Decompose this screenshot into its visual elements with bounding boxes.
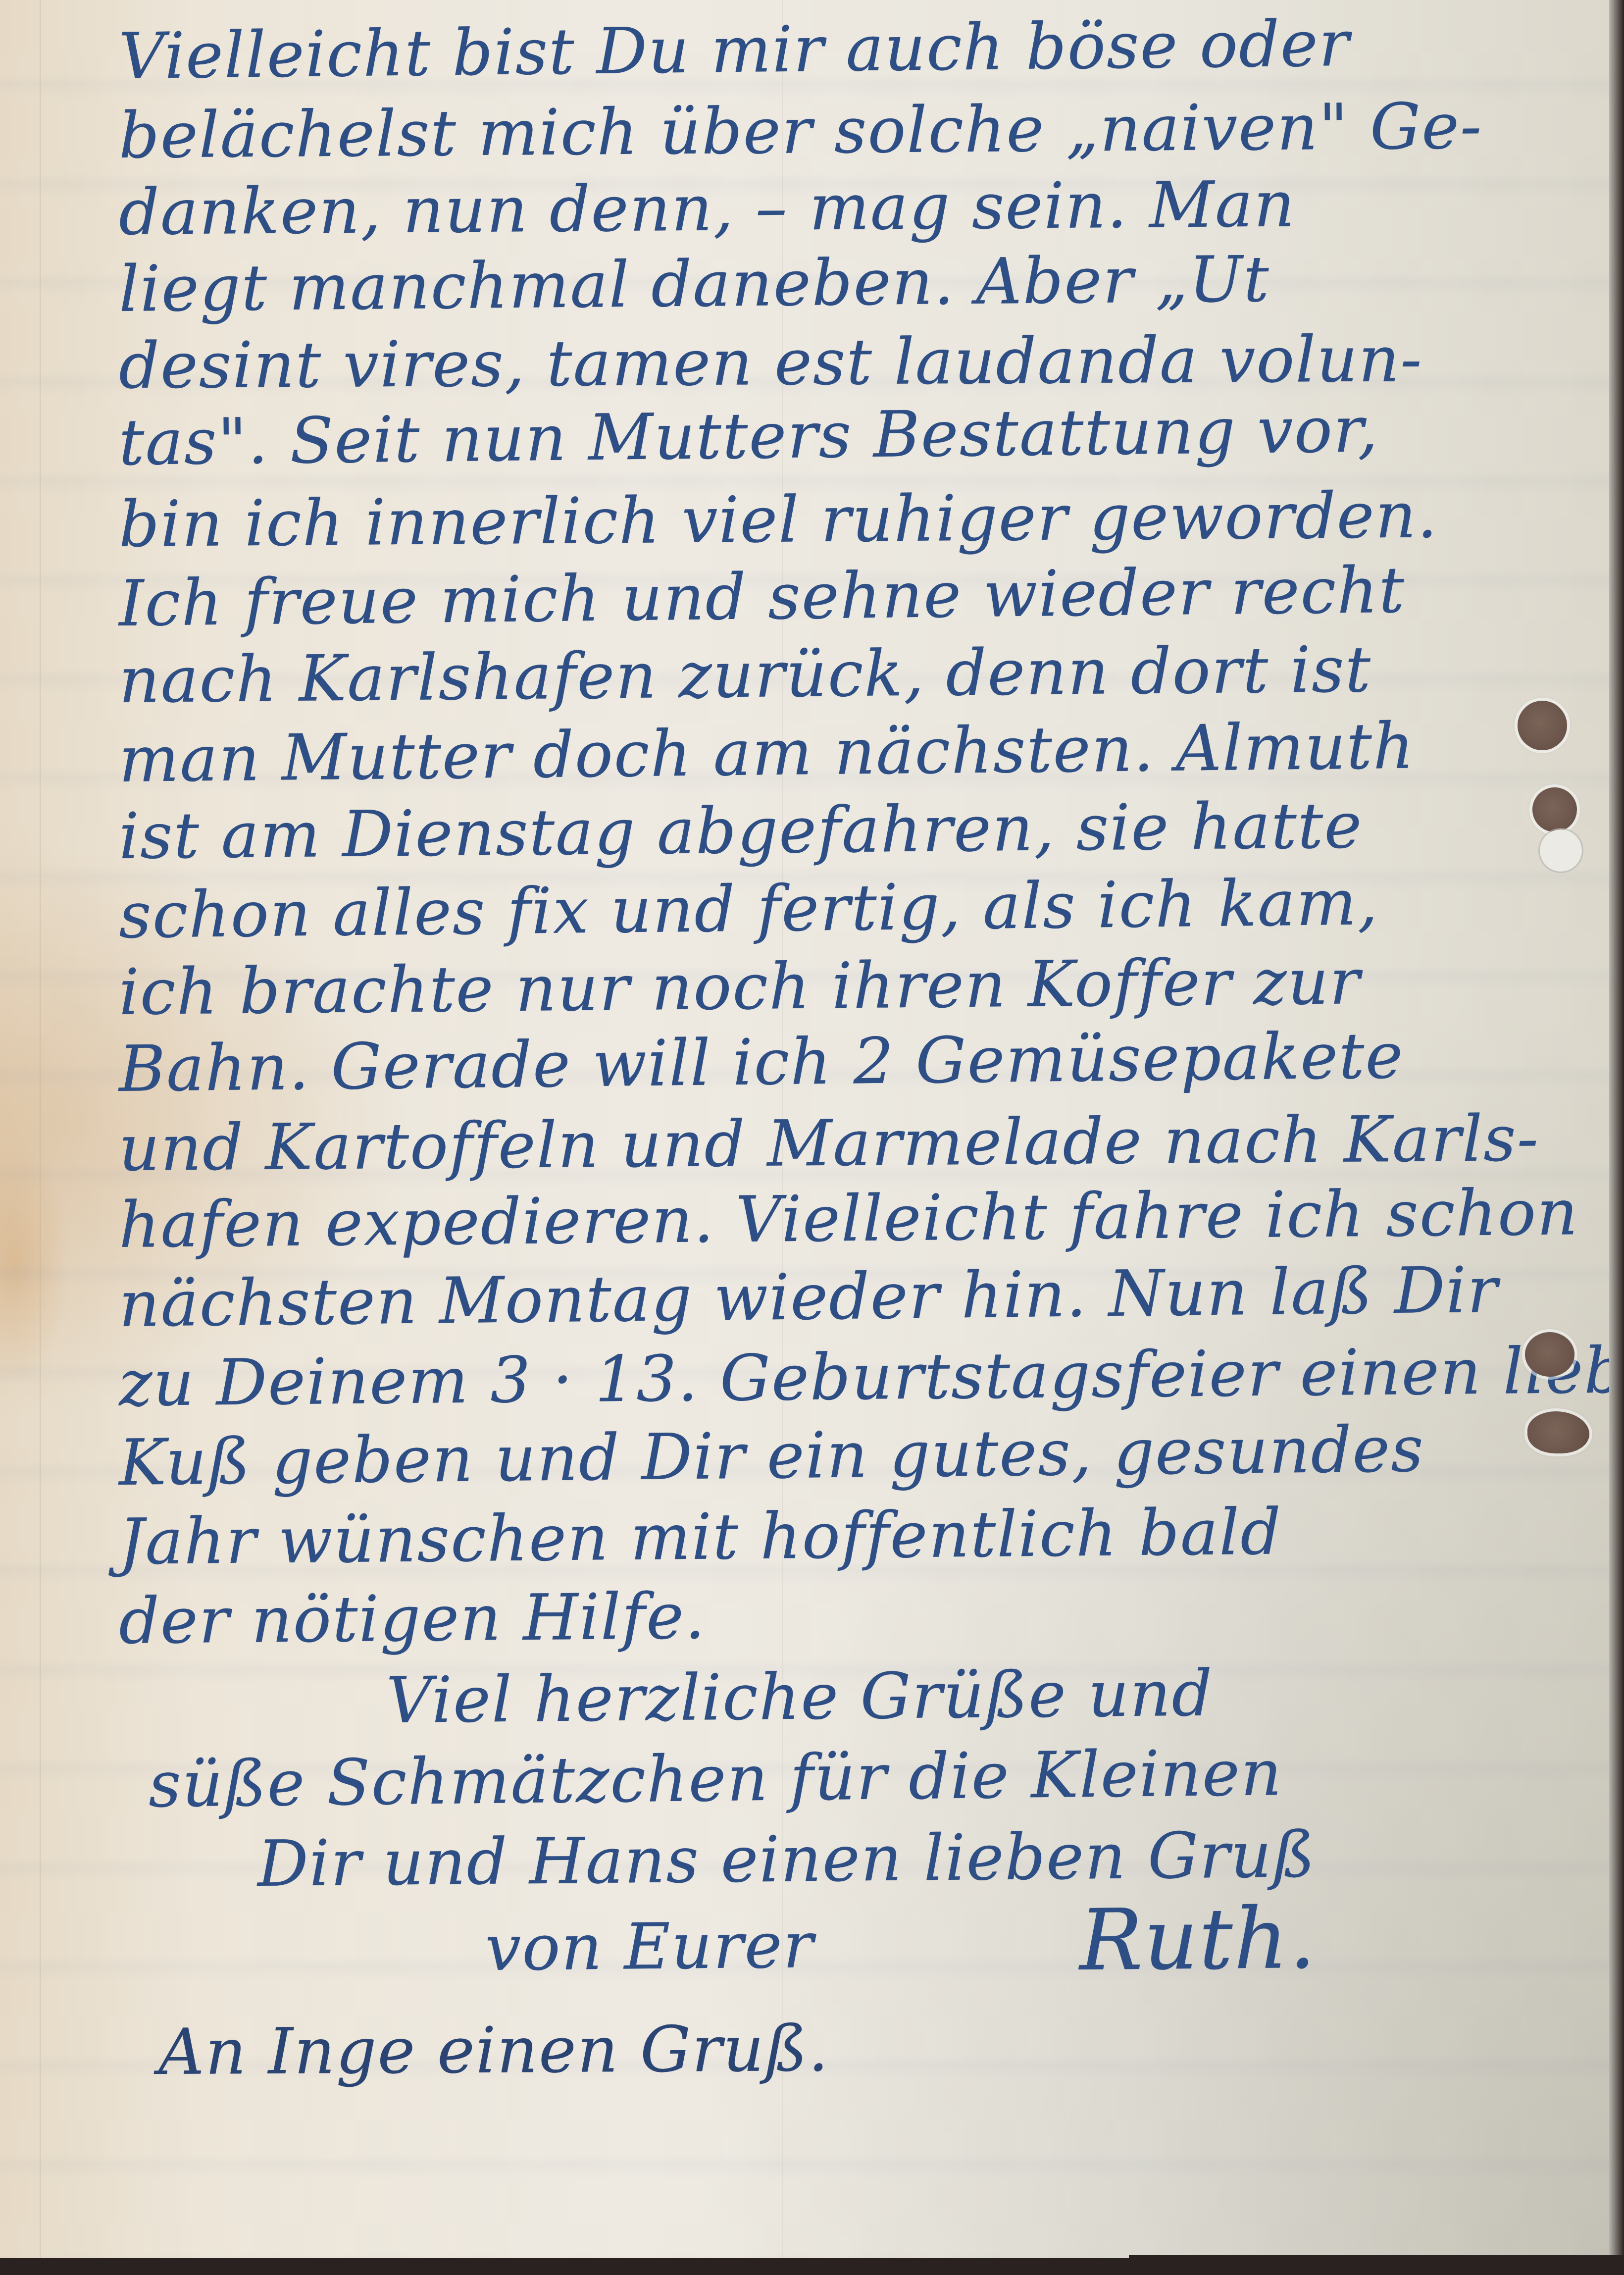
- postscript: An Inge einen Gruß.: [158, 2012, 830, 2089]
- letter-line: ich brachte nur noch ihren Koffer zur: [118, 945, 1361, 1030]
- letter-paper: Vielleicht bist Du mir auch böse oder be…: [0, 0, 1609, 2258]
- closing-line: Viel herzliche Grüße und: [386, 1656, 1214, 1738]
- closing-line: von Eurer: [485, 1909, 814, 1985]
- letter-line: Vielleicht bist Du mir auch böse oder: [118, 7, 1350, 94]
- punch-hole-outline: [1540, 829, 1582, 872]
- closing-line: süße Schmätzchen für die Kleinen: [148, 1736, 1283, 1822]
- background-corner: [1129, 2255, 1624, 2275]
- letter-line: man Mutter doch am nächsten. Almuth: [118, 710, 1415, 797]
- letter-line: schon alles fix und fertig, als ich kam,: [118, 866, 1379, 953]
- letter-line: danken, nun denn, – mag sein. Man: [118, 167, 1296, 250]
- letter-line: belächelst mich über solche „naiven" Ge-: [118, 90, 1482, 173]
- punch-hole: [1532, 787, 1577, 832]
- letter-line: Bahn. Gerade will ich 2 Gemüsepakete: [118, 1019, 1404, 1106]
- punch-hole: [1525, 1332, 1574, 1377]
- letter-line: Kuß geben und Dir ein gutes, gesundes: [118, 1412, 1424, 1500]
- paper-edge-shadow: [1609, 0, 1624, 2275]
- punch-hole: [1518, 701, 1567, 750]
- letter-line: und Kartoffeln und Marmelade nach Karls-: [118, 1102, 1539, 1186]
- letter-line: liegt manchmal daneben. Aber „Ut: [118, 243, 1270, 326]
- signature: Ruth.: [1079, 1890, 1317, 1990]
- letter-line: Ich freue mich und sehne wieder recht: [118, 554, 1406, 641]
- letter-line: nächsten Montag wieder hin. Nun laß Dir: [118, 1253, 1499, 1342]
- closing-line: Dir und Hans einen lieben Gruß: [257, 1818, 1316, 1901]
- letter-line: ist am Dienstag abgefahren, sie hatte: [118, 789, 1363, 874]
- letter-line: nach Karlshafen zurück, denn dort ist: [118, 633, 1371, 718]
- letter-body: Vielleicht bist Du mir auch böse oder be…: [0, 0, 1609, 2258]
- letter-line: zu Deinem 3 · 13. Geburtstagsfeier einen…: [118, 1333, 1624, 1421]
- letter-line: tas". Seit nun Mutters Bestattung vor,: [118, 393, 1379, 480]
- letter-line: hafen expedieren. Vielleicht fahre ich s…: [118, 1176, 1579, 1262]
- letter-line: der nötigen Hilfe.: [118, 1580, 706, 1658]
- letter-line: desint vires, tamen est laudanda volun-: [119, 322, 1423, 403]
- letter-line: Jahr wünschen mit hoffentlich bald: [118, 1496, 1282, 1579]
- letter-line: bin ich innerlich viel ruhiger geworden.: [118, 478, 1438, 562]
